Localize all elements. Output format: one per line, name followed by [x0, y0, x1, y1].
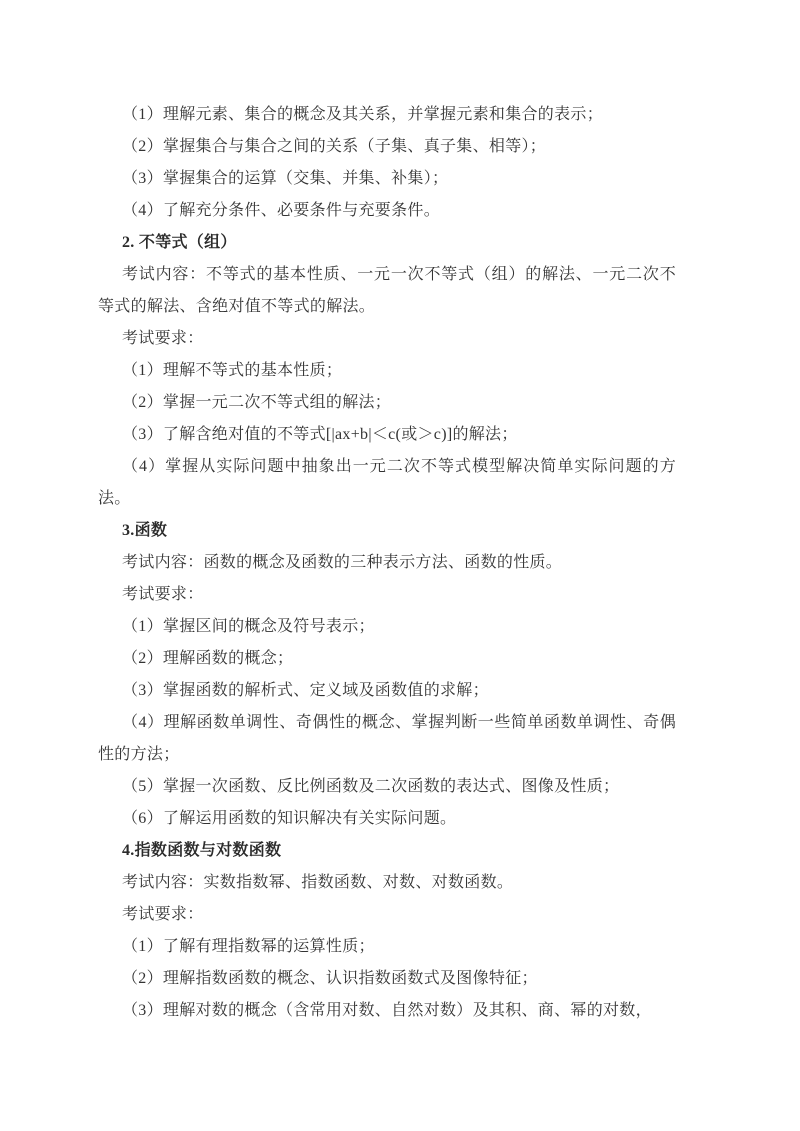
sec2-exam-content: 考试内容：不等式的基本性质、一元一次不等式（组）的解法、一元二次不等式的解法、含…	[98, 259, 676, 323]
sec2-exam-requirements-label: 考试要求：	[98, 323, 676, 355]
sec4-item-2: （2）理解指数函数的概念、认识指数函数式及图像特征；	[98, 963, 676, 995]
sec4-exam-content: 考试内容：实数指数幂、指数函数、对数、对数函数。	[98, 867, 676, 899]
sec3-heading: 3.函数	[98, 515, 676, 547]
sec3-item-4: （4）理解函数单调性、奇偶性的概念、掌握判断一些简单函数单调性、奇偶性的方法；	[98, 707, 676, 771]
sec3-item-5: （5）掌握一次函数、反比例函数及二次函数的表达式、图像及性质；	[98, 771, 676, 803]
sec2-heading: 2. 不等式（组）	[98, 227, 676, 259]
sec3-item-6: （6）了解运用函数的知识解决有关实际问题。	[98, 803, 676, 835]
sec1-item-2: （2）掌握集合与集合之间的关系（子集、真子集、相等）；	[98, 131, 676, 163]
sec4-exam-requirements-label: 考试要求：	[98, 899, 676, 931]
sec2-item-1: （1）理解不等式的基本性质；	[98, 355, 676, 387]
sec1-item-4: （4）了解充分条件、必要条件与充要条件。	[98, 195, 676, 227]
sec2-item-3: （3）了解含绝对值的不等式[|ax+b|＜c(或＞c)]的解法；	[98, 419, 676, 451]
document-content: （1）理解元素、集合的概念及其关系，并掌握元素和集合的表示； （2）掌握集合与集…	[98, 99, 676, 1027]
sec3-item-1: （1）掌握区间的概念及符号表示；	[98, 611, 676, 643]
sec3-item-2: （2）理解函数的概念；	[98, 643, 676, 675]
sec2-item-4: （4）掌握从实际问题中抽象出一元二次不等式模型解决简单实际问题的方法。	[98, 451, 676, 515]
sec3-exam-requirements-label: 考试要求：	[98, 579, 676, 611]
sec2-item-2: （2）掌握一元二次不等式组的解法；	[98, 387, 676, 419]
sec4-item-1: （1）了解有理指数幂的运算性质；	[98, 931, 676, 963]
document-page: （1）理解元素、集合的概念及其关系，并掌握元素和集合的表示； （2）掌握集合与集…	[0, 0, 800, 1131]
sec4-item-3: （3）理解对数的概念（含常用对数、自然对数）及其积、商、幂的对数，	[98, 995, 676, 1027]
sec1-item-1: （1）理解元素、集合的概念及其关系，并掌握元素和集合的表示；	[98, 99, 676, 131]
sec1-item-3: （3）掌握集合的运算（交集、并集、补集）；	[98, 163, 676, 195]
sec3-exam-content: 考试内容：函数的概念及函数的三种表示方法、函数的性质。	[98, 547, 676, 579]
sec3-item-3: （3）掌握函数的解析式、定义域及函数值的求解；	[98, 675, 676, 707]
sec4-heading: 4.指数函数与对数函数	[98, 835, 676, 867]
